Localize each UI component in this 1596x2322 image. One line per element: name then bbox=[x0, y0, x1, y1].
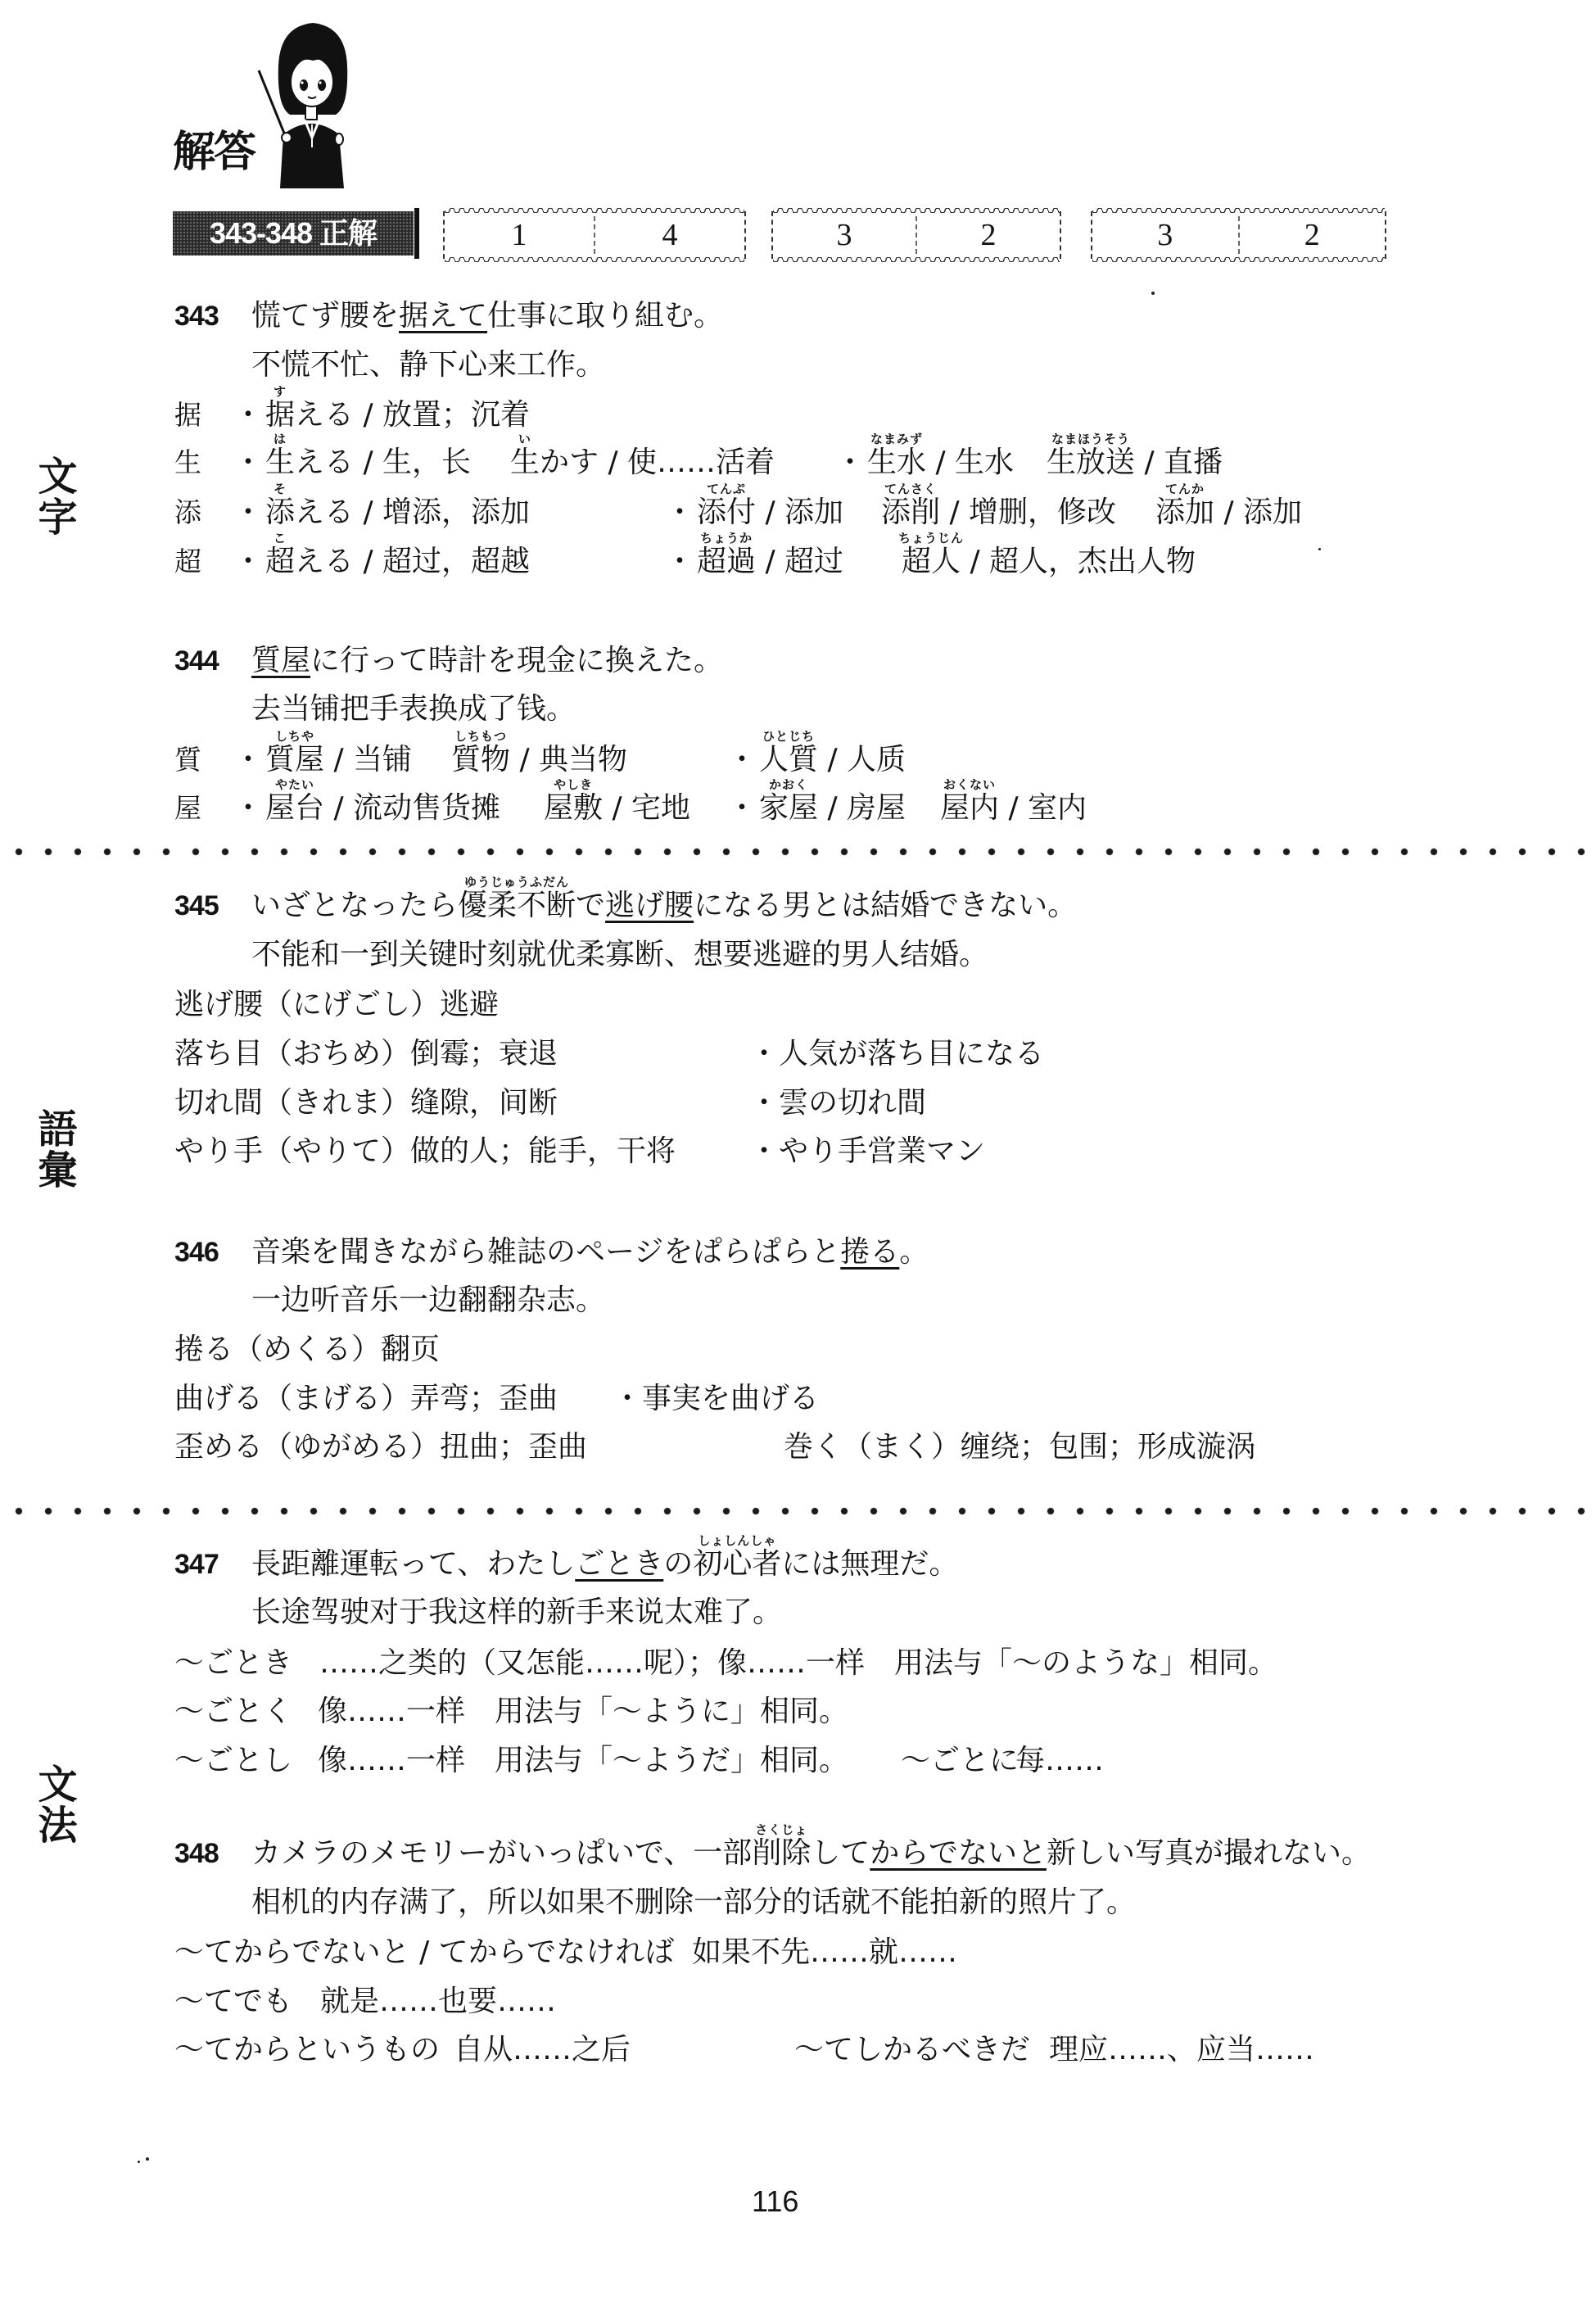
q343-translation-line: 不慌不忙、静下心来工作。 bbox=[0, 346, 1596, 385]
furigana: ちょうじん bbox=[898, 532, 964, 545]
vocab-item: やしき屋敷 / 宅地 bbox=[544, 789, 690, 828]
ruby-word: ゆうじゅうふだん優柔不断 bbox=[458, 886, 576, 926]
furigana: は bbox=[274, 432, 287, 446]
vocab-meaning: / 添加 bbox=[1214, 496, 1302, 529]
grammar-row: ～ごとく 像……一样 用法与「～ように」相同。 bbox=[0, 1692, 1596, 1731]
furigana: ひとじち bbox=[762, 730, 815, 743]
vocab-meaning: える / 增添，添加 bbox=[295, 496, 530, 529]
vocab-row: 落ち目（おちめ）倒霉；衰退 ・人気が落ち目になる bbox=[0, 1034, 1596, 1074]
vocab-row: 歪める（ゆがめる）扭曲；歪曲 巻く（まく）缠绕；包围；形成漩涡 bbox=[0, 1428, 1596, 1467]
vocab-item: ・てんぷ添付 / 添加 bbox=[672, 493, 843, 532]
sentence-text: して bbox=[811, 1836, 870, 1870]
kanji-row: 生 ・は生える / 生，长 い生かす / 使……活着 ・なまみず生水 / 生水 … bbox=[0, 443, 1596, 482]
answer-range-text: 343-348 正解 bbox=[210, 216, 377, 250]
kanji-label: 超 bbox=[174, 542, 201, 582]
furigana: かおく bbox=[769, 778, 808, 791]
grammar-form: ～ごとく bbox=[174, 1692, 292, 1731]
answer-range-label: 343-348 正解 bbox=[173, 211, 414, 256]
ruby-word: かおく家屋 bbox=[759, 789, 818, 828]
grammar-row: ～てからというもの 自从……之后 ～てしかるべきだ 理应……、应当…… bbox=[0, 2030, 1596, 2070]
label-edge-bar bbox=[414, 208, 419, 259]
bullet: ・ bbox=[241, 396, 265, 435]
vocab-example: ・やり手営業マン bbox=[749, 1132, 985, 1171]
vocab-item: てんさく添削 / 增删，修改 bbox=[881, 493, 1116, 532]
vocab-meaning: / 超过 bbox=[756, 545, 843, 578]
scan-speck bbox=[1151, 292, 1155, 295]
furigana: なまほうそう bbox=[1051, 432, 1130, 446]
ruby-base: 生水 bbox=[867, 446, 926, 479]
q345-translation-line: 不能和一到关键时刻就优柔寡断、想要逃避的男人结婚。 bbox=[0, 935, 1596, 975]
underlined-target-word: 逃げ腰 bbox=[605, 889, 694, 922]
related-grammar-meaning: 理应……、应当…… bbox=[1049, 2030, 1314, 2070]
ruby-base: 超 bbox=[265, 545, 295, 578]
ruby-base: 屋台 bbox=[265, 791, 324, 825]
ruby-base: 生 bbox=[510, 446, 540, 479]
underlined-target-word: 据えて bbox=[399, 299, 487, 333]
ruby-base: 屋敷 bbox=[544, 791, 603, 825]
underlined-target-word: 質屋 bbox=[251, 644, 310, 677]
vocab-term: 切れ間（きれま）缝隙，间断 bbox=[174, 1084, 558, 1123]
question-number: 343 bbox=[174, 296, 219, 336]
ruby-base: 添加 bbox=[1155, 496, 1214, 529]
vocab-term: やり手（やりて）做的人；能手，干将 bbox=[174, 1132, 676, 1171]
bullet: ・ bbox=[241, 443, 265, 482]
sentence-text: には無理だ。 bbox=[781, 1547, 958, 1581]
ruby-word: しちもつ質物 bbox=[451, 740, 510, 780]
vocab-item: ちょうじん超人 / 超人，杰出人物 bbox=[902, 542, 1196, 582]
vocab-term: 曲げる（まげる）弄弯；歪曲 bbox=[174, 1379, 558, 1419]
furigana: おくない bbox=[943, 778, 996, 791]
q344-translation-line: 去当铺把手表换成了钱。 bbox=[0, 690, 1596, 729]
ruby-base: 添 bbox=[265, 496, 295, 529]
vocab-item: い生かす / 使……活着 bbox=[510, 443, 775, 482]
grammar-form: ～ごとし bbox=[174, 1741, 292, 1781]
vocab-meaning: / 超人，杰出人物 bbox=[961, 545, 1196, 578]
grammar-meaning: 像……一样 用法与「～ように」相同。 bbox=[318, 1692, 848, 1731]
vocab-meaning: / 添加 bbox=[756, 496, 843, 529]
translation: 长途驾驶对于我这样的新手来说太难了。 bbox=[251, 1593, 782, 1632]
vocab-item: ・そ添える / 增添，添加 bbox=[241, 493, 530, 532]
kanji-label: 据 bbox=[174, 396, 201, 435]
furigana: やしき bbox=[554, 778, 593, 791]
question-sentence: 質屋に行って時計を現金に換えた。 bbox=[251, 641, 723, 681]
grammar-meaning: 像……一样 用法与「～ようだ」相同。 bbox=[318, 1741, 848, 1781]
ruby-word: い生 bbox=[510, 443, 540, 482]
vocab-item: ・かおく家屋 / 房屋 bbox=[735, 789, 906, 828]
ruby-word: さくじょ削除 bbox=[752, 1834, 811, 1873]
ruby-word: は生 bbox=[265, 443, 295, 482]
answer-348: 2 bbox=[1240, 211, 1386, 259]
kanji-label: 添 bbox=[174, 493, 201, 532]
bullet: ・ bbox=[735, 740, 759, 780]
bullet: ・ bbox=[241, 789, 265, 828]
vocab-item: てんか添加 / 添加 bbox=[1155, 493, 1302, 532]
wavy-border bbox=[773, 257, 1060, 262]
sentence-text: 音楽を聞きながら雑誌のページをぱらぱらと bbox=[251, 1235, 840, 1269]
furigana: やたい bbox=[275, 778, 314, 791]
bullet: ・ bbox=[241, 542, 265, 582]
vocab-item: ・こ超える / 超过，超越 bbox=[241, 542, 530, 582]
sentence-text: に行って時計を現金に換えた。 bbox=[310, 644, 723, 677]
translation: 不能和一到关键时刻就优柔寡断、想要逃避的男人结婚。 bbox=[251, 935, 988, 975]
vocab-item: なまほうそう生放送 / 直播 bbox=[1047, 443, 1223, 482]
ruby-word: なまほうそう生放送 bbox=[1047, 443, 1135, 482]
furigana: ちょうか bbox=[700, 532, 753, 545]
sentence-text: カメラのメモリーがいっぱいで、一部 bbox=[251, 1836, 752, 1870]
ruby-word: しょしんしゃ初心者 bbox=[693, 1545, 781, 1584]
sentence-text: で bbox=[576, 889, 605, 922]
kanji-label: 屋 bbox=[174, 789, 201, 828]
kanji-row: 質 ・しちや質屋 / 当铺 しちもつ質物 / 典当物 ・ひとじち人質 / 人质 bbox=[0, 740, 1596, 780]
vocab-term: 歪める（ゆがめる）扭曲；歪曲 bbox=[174, 1428, 587, 1467]
furigana: す bbox=[274, 385, 287, 398]
vocab-row: 曲げる（まげる）弄弯；歪曲 ・事実を曲げる bbox=[0, 1379, 1596, 1419]
question-number: 346 bbox=[174, 1233, 219, 1272]
vocab-item: しちもつ質物 / 典当物 bbox=[451, 740, 627, 780]
vocab-meaning: / 典当物 bbox=[510, 743, 627, 776]
grammar-row: ～ごとき ……之类的（又怎能……呢）；像……一样 用法与「～のような」相同。 bbox=[0, 1644, 1596, 1683]
scan-speck bbox=[146, 2157, 149, 2161]
ruby-word: なまみず生水 bbox=[867, 443, 926, 482]
vocab-meaning: える / 超过，超越 bbox=[295, 545, 530, 578]
kanji-label: 生 bbox=[174, 443, 201, 482]
textbook-page: 解答 343-348 正解 1 4 3 2 3 bbox=[0, 0, 1596, 2322]
scan-speck bbox=[138, 2161, 140, 2163]
translation: 相机的内存满了，所以如果不删除一部分的话就不能拍新的照片了。 bbox=[251, 1883, 1136, 1922]
furigana: てんか bbox=[1165, 482, 1205, 496]
answer-343: 1 bbox=[445, 211, 594, 259]
furigana: い bbox=[518, 432, 531, 446]
vocab-meaning: / 室内 bbox=[999, 791, 1087, 825]
question-number: 344 bbox=[174, 641, 219, 681]
bullet: ・ bbox=[843, 443, 867, 482]
ruby-base: 初心者 bbox=[693, 1547, 781, 1581]
underlined-target-word: ごとき bbox=[575, 1547, 663, 1581]
grammar-form: ～てからというもの bbox=[174, 2030, 440, 2070]
vocab-meaning: える / 放置；沉着 bbox=[295, 398, 530, 432]
related-grammar-form: ～ごとに bbox=[901, 1741, 1019, 1781]
ruby-word: ちょうじん超人 bbox=[902, 542, 961, 582]
vocab-example: ・事実を曲げる bbox=[613, 1379, 819, 1419]
sentence-text: 新しい写真が撮れない。 bbox=[1047, 1836, 1371, 1870]
ruby-word: やしき屋敷 bbox=[544, 789, 603, 828]
vocab-meaning: / 宅地 bbox=[603, 791, 690, 825]
related-vocab-term: 巻く（まく）缠绕；包围；形成漩涡 bbox=[784, 1428, 1255, 1467]
grammar-row: ～てからでないと / てからでなければ 如果不先……就…… bbox=[0, 1933, 1596, 1972]
bullet: ・ bbox=[672, 542, 697, 582]
kanji-row: 超 ・こ超える / 超过，超越 ・ちょうか超過 / 超过 ちょうじん超人 / 超… bbox=[0, 542, 1596, 582]
vocab-meaning: / 增删，修改 bbox=[940, 496, 1116, 529]
related-grammar-form: ～てしかるべきだ bbox=[794, 2030, 1030, 2070]
q345-sentence-line: 345 いざとなったらゆうじゅうふだん優柔不断で逃げ腰になる男とは結婚できない。 bbox=[0, 886, 1596, 926]
vocab-item: ・は生える / 生，长 bbox=[241, 443, 471, 482]
ruby-base: 生放送 bbox=[1047, 446, 1135, 479]
wavy-border bbox=[445, 257, 744, 262]
vocab-row: 捲る（めくる）翻页 bbox=[0, 1330, 1596, 1369]
translation: 去当铺把手表换成了钱。 bbox=[251, 690, 576, 729]
ruby-base: 超人 bbox=[902, 545, 961, 578]
ruby-base: 優柔不断 bbox=[458, 889, 576, 922]
ruby-word: す据 bbox=[265, 396, 295, 435]
related-grammar-meaning: 每…… bbox=[1015, 1741, 1104, 1781]
vocab-meaning: / 当铺 bbox=[324, 743, 412, 776]
ruby-word: おくない屋内 bbox=[940, 789, 999, 828]
sentence-text: 慌てず腰を bbox=[251, 299, 399, 333]
vocab-example: ・雲の切れ間 bbox=[749, 1084, 926, 1123]
furigana: なまみず bbox=[870, 432, 923, 446]
vocab-item: ・ひとじち人質 / 人质 bbox=[735, 740, 906, 780]
underlined-target-word: からでないと bbox=[870, 1836, 1047, 1870]
kanji-row: 据 ・す据える / 放置；沉着 bbox=[0, 396, 1596, 435]
wavy-border bbox=[445, 208, 744, 213]
sentence-text: 長距離運転って、わたし bbox=[251, 1547, 575, 1581]
vocab-item: ・しちや質屋 / 当铺 bbox=[241, 740, 412, 780]
dotted-section-divider bbox=[15, 1507, 1596, 1515]
vocab-item: ・ちょうか超過 / 超过 bbox=[672, 542, 843, 582]
question-sentence: 慌てず腰を据えて仕事に取り組む。 bbox=[251, 296, 723, 336]
sentence-text: 。 bbox=[899, 1235, 929, 1269]
question-number: 345 bbox=[174, 886, 219, 926]
grammar-form: ～ごとき bbox=[174, 1644, 292, 1683]
dotted-section-divider bbox=[15, 848, 1596, 856]
ruby-word: てんか添加 bbox=[1155, 493, 1214, 532]
furigana: しちもつ bbox=[454, 730, 507, 743]
ruby-base: 質物 bbox=[451, 743, 510, 776]
ruby-word: ひとじち人質 bbox=[759, 740, 818, 780]
question-sentence: カメラのメモリーがいっぱいで、一部さくじょ削除してからでないと新しい写真が撮れな… bbox=[251, 1834, 1371, 1873]
sentence-text: 仕事に取り組む。 bbox=[487, 299, 723, 333]
ruby-base: 質屋 bbox=[265, 743, 324, 776]
sentence-text: になる男とは結婚できない。 bbox=[694, 889, 1077, 922]
vocab-term: 捲る（めくる）翻页 bbox=[174, 1330, 440, 1369]
kanji-row: 添 ・そ添える / 增添，添加 ・てんぷ添付 / 添加 てんさく添削 / 增删，… bbox=[0, 493, 1596, 532]
q344-sentence-line: 344 質屋に行って時計を現金に換えた。 bbox=[0, 641, 1596, 681]
grammar-meaning: ……之类的（又怎能……呢）；像……一样 用法与「～のような」相同。 bbox=[319, 1644, 1277, 1683]
vocab-row: やり手（やりて）做的人；能手，干将 ・やり手営業マン bbox=[0, 1132, 1596, 1171]
furigana: ゆうじゅうふだん bbox=[464, 876, 569, 889]
grammar-meaning: 如果不先……就…… bbox=[692, 1933, 957, 1972]
question-sentence: 音楽を聞きながら雑誌のページをぱらぱらと捲る。 bbox=[251, 1233, 929, 1272]
answer-box-347-348: 3 2 bbox=[1091, 211, 1386, 259]
vocab-item: おくない屋内 / 室内 bbox=[940, 789, 1087, 828]
q346-sentence-line: 346 音楽を聞きながら雑誌のページをぱらぱらと捲る。 bbox=[0, 1233, 1596, 1272]
q348-translation-line: 相机的内存满了，所以如果不删除一部分的话就不能拍新的照片了。 bbox=[0, 1883, 1596, 1922]
scan-speck bbox=[1318, 548, 1321, 550]
teacher-girl-illustration bbox=[254, 15, 352, 188]
ruby-word: こ超 bbox=[265, 542, 295, 582]
question-sentence: 長距離運転って、わたしごときのしょしんしゃ初心者には無理だ。 bbox=[251, 1545, 958, 1584]
answer-box-343-344: 1 4 bbox=[443, 211, 746, 259]
q347-translation-line: 长途驾驶对于我这样的新手来说太难了。 bbox=[0, 1593, 1596, 1632]
vocab-item: ・やたい屋台 / 流动售货摊 bbox=[241, 789, 500, 828]
vocab-meaning: / 生水 bbox=[926, 446, 1014, 479]
question-number: 348 bbox=[174, 1834, 219, 1873]
ruby-base: 添付 bbox=[697, 496, 756, 529]
wavy-border bbox=[773, 208, 1060, 213]
ruby-word: ちょうか超過 bbox=[697, 542, 756, 582]
q346-translation-line: 一边听音乐一边翻翻杂志。 bbox=[0, 1281, 1596, 1320]
translation: 不慌不忙、静下心来工作。 bbox=[251, 346, 605, 385]
furigana: こ bbox=[274, 532, 287, 545]
furigana: てんさく bbox=[884, 482, 937, 496]
wavy-border bbox=[1092, 257, 1385, 262]
q343-sentence-line: 343 慌てず腰を据えて仕事に取り組む。 bbox=[0, 296, 1596, 336]
grammar-row: ～ごとし 像……一样 用法与「～ようだ」相同。 ～ごとに 每…… bbox=[0, 1741, 1596, 1781]
ruby-word: てんぷ添付 bbox=[697, 493, 756, 532]
grammar-form: ～てでも bbox=[174, 1982, 292, 2021]
q348-sentence-line: 348 カメラのメモリーがいっぱいで、一部さくじょ削除してからでないと新しい写真… bbox=[0, 1834, 1596, 1873]
answer-346: 2 bbox=[917, 211, 1060, 259]
furigana: てんぷ bbox=[707, 482, 746, 496]
sentence-text: いざとなったら bbox=[251, 889, 458, 922]
page-title: 解答 bbox=[173, 128, 255, 177]
ruby-word: てんさく添削 bbox=[881, 493, 940, 532]
vocab-meaning: / 直播 bbox=[1135, 446, 1223, 479]
vocab-example: ・人気が落ち目になる bbox=[749, 1034, 1044, 1074]
question-sentence: いざとなったらゆうじゅうふだん優柔不断で逃げ腰になる男とは結婚できない。 bbox=[251, 886, 1077, 926]
bullet: ・ bbox=[241, 740, 265, 780]
page-number: 116 bbox=[752, 2185, 798, 2218]
ruby-base: 超過 bbox=[697, 545, 756, 578]
bullet: ・ bbox=[735, 789, 759, 828]
answer-box-345-346: 3 2 bbox=[771, 211, 1061, 259]
ruby-base: 家屋 bbox=[759, 791, 818, 825]
vocab-term: 落ち目（おちめ）倒霉；衰退 bbox=[174, 1034, 558, 1074]
underlined-target-word: 捲る bbox=[840, 1235, 899, 1269]
furigana: さくじょ bbox=[755, 1823, 807, 1836]
grammar-form: ～てからでないと / てからでなければ bbox=[174, 1933, 674, 1972]
kanji-row: 屋 ・やたい屋台 / 流动售货摊 やしき屋敷 / 宅地 ・かおく家屋 / 房屋 … bbox=[0, 789, 1596, 828]
answer-345: 3 bbox=[773, 211, 916, 259]
furigana: そ bbox=[274, 482, 287, 496]
vocab-meaning: かす / 使……活着 bbox=[540, 446, 775, 479]
vocab-row: 逃げ腰（にげごし）逃避 bbox=[0, 985, 1596, 1025]
ruby-base: 屋内 bbox=[940, 791, 999, 825]
ruby-base: 生 bbox=[265, 446, 295, 479]
ruby-word: やたい屋台 bbox=[265, 789, 324, 828]
translation: 一边听音乐一边翻翻杂志。 bbox=[251, 1281, 605, 1320]
furigana: しょしんしゃ bbox=[698, 1534, 776, 1547]
wavy-border bbox=[1092, 208, 1385, 213]
answer-347: 3 bbox=[1092, 211, 1238, 259]
grammar-meaning: 就是……也要…… bbox=[320, 1982, 556, 2021]
vocab-row: 切れ間（きれま）缝隙，间断 ・雲の切れ間 bbox=[0, 1084, 1596, 1123]
ruby-base: 添削 bbox=[881, 496, 940, 529]
vocab-item: ・す据える / 放置；沉着 bbox=[241, 396, 530, 435]
ruby-base: 人質 bbox=[759, 743, 818, 776]
vocab-meaning: / 房屋 bbox=[818, 791, 906, 825]
ruby-word: そ添 bbox=[265, 493, 295, 532]
furigana: しちや bbox=[275, 730, 314, 743]
vocab-meaning: える / 生，长 bbox=[295, 446, 471, 479]
question-number: 347 bbox=[174, 1545, 219, 1584]
sentence-text: の bbox=[663, 1547, 693, 1581]
ruby-word: しちや質屋 bbox=[265, 740, 324, 780]
q347-sentence-line: 347 長距離運転って、わたしごときのしょしんしゃ初心者には無理だ。 bbox=[0, 1545, 1596, 1584]
grammar-row: ～てでも 就是……也要…… bbox=[0, 1982, 1596, 2021]
answer-344: 4 bbox=[595, 211, 744, 259]
kanji-label: 質 bbox=[174, 740, 201, 780]
vocab-term: 逃げ腰（にげごし）逃避 bbox=[174, 985, 499, 1025]
bullet: ・ bbox=[241, 493, 265, 532]
vocab-item: ・なまみず生水 / 生水 bbox=[843, 443, 1014, 482]
ruby-base: 削除 bbox=[752, 1836, 811, 1870]
vocab-meaning: / 人质 bbox=[818, 743, 906, 776]
ruby-base: 据 bbox=[265, 398, 295, 432]
vocab-meaning: / 流动售货摊 bbox=[324, 791, 500, 825]
grammar-meaning: 自从……之后 bbox=[454, 2030, 631, 2070]
bullet: ・ bbox=[672, 493, 697, 532]
